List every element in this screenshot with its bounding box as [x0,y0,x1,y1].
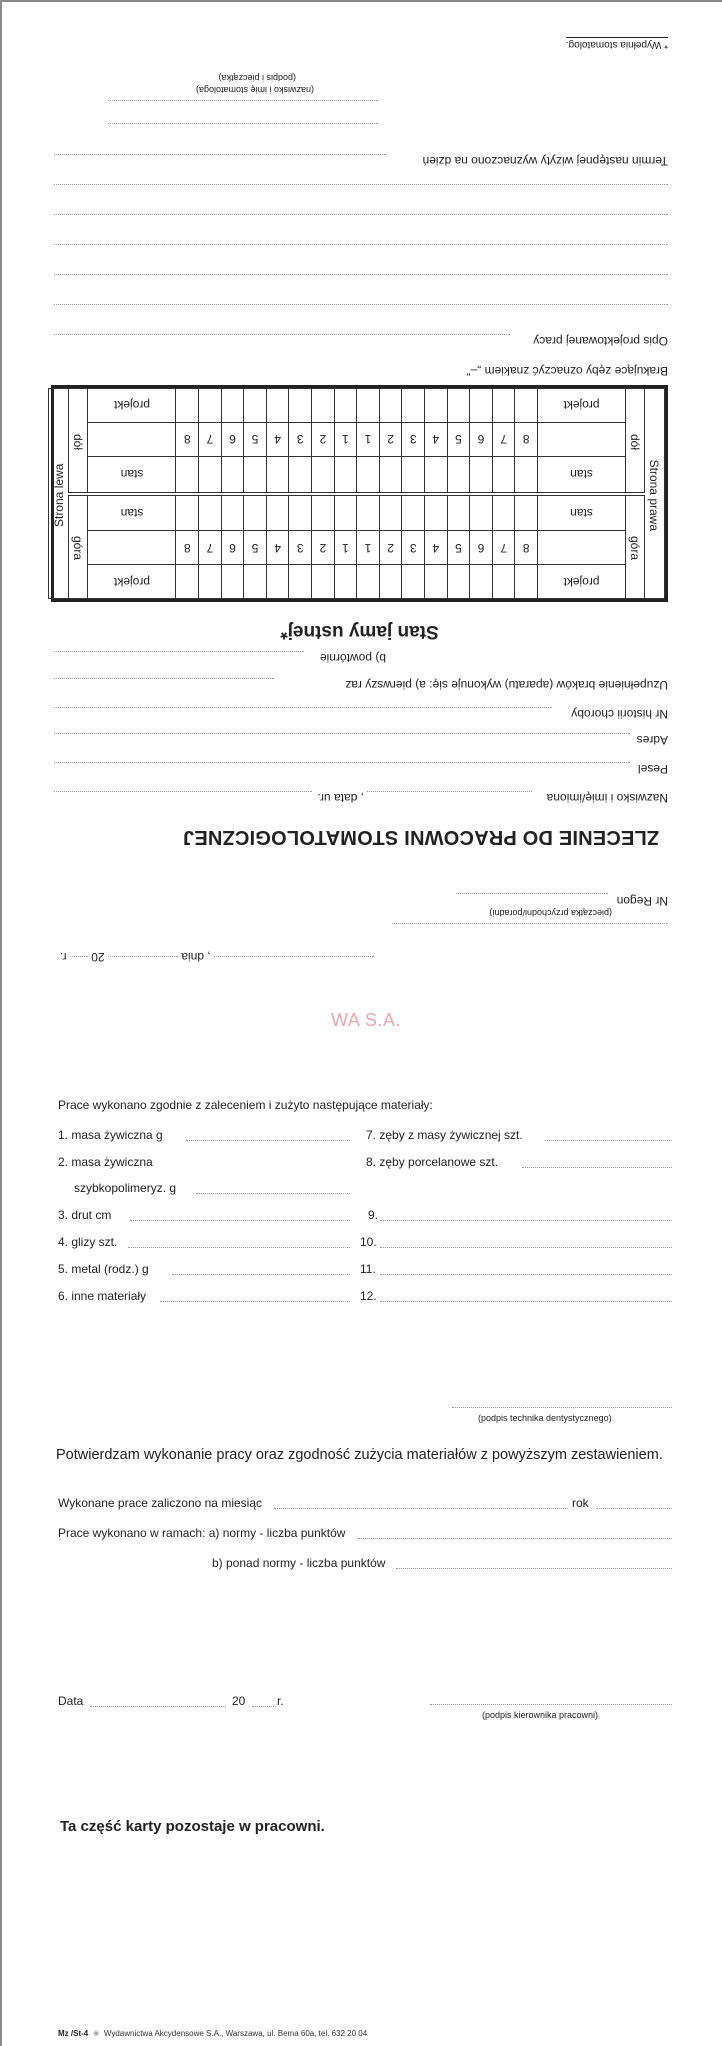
tooth-number: 3 [402,422,425,456]
tooth-number: 1 [357,422,380,456]
tooth-number: 2 [312,422,335,456]
tooth-project-cell[interactable] [176,389,199,423]
tooth-project-cell[interactable] [470,389,493,423]
material-left-field[interactable] [160,1301,350,1302]
oral-state-title: Stan jamy ustnej* [51,620,668,642]
material-right-label: 10. [360,1235,377,1249]
tooth-project-cell[interactable] [492,389,515,423]
tooth-number: 2 [379,531,402,565]
tooth-project-cell[interactable] [289,565,312,599]
project-description-line-2[interactable] [54,304,668,305]
repeat-label: b) powtórnie [320,651,386,665]
tooth-project-cell[interactable] [312,389,335,423]
tooth-state-cell[interactable] [447,456,470,493]
tooth-state-cell[interactable] [176,494,199,531]
tooth-project-cell[interactable] [379,389,402,423]
tooth-state-cell[interactable] [221,494,244,531]
row-label: projekt [538,565,626,599]
material-right-field[interactable] [380,1220,672,1221]
tooth-number: 1 [334,422,357,456]
tooth-project-cell[interactable] [402,565,425,599]
tooth-project-cell[interactable] [289,389,312,423]
row-label [538,531,626,565]
row-label: projekt [88,565,176,599]
over-norm-points-label: b) ponad normy - liczba punktów [212,1556,385,1570]
tooth-number: 8 [515,531,538,565]
date-year-suffix-bottom: r. [277,1694,284,1708]
tooth-state-cell[interactable] [470,456,493,493]
tooth-state-cell[interactable] [515,494,538,531]
upper-jaw-label-right: góra [626,494,645,599]
row-label: projekt [88,389,176,423]
tooth-number: 1 [357,531,380,565]
tooth-number: 8 [176,422,199,456]
material-left-field[interactable] [186,1140,350,1141]
tooth-state-cell[interactable] [492,494,515,531]
material-right-field[interactable] [380,1247,672,1248]
tooth-project-cell[interactable] [199,565,222,599]
technician-signature-line[interactable] [452,1407,672,1408]
tooth-number: 4 [425,531,448,565]
teeth-row-lower-project: projektprojekt [49,389,665,423]
tooth-project-cell[interactable] [221,565,244,599]
tooth-state-cell[interactable] [402,494,425,531]
dentist-name-caption: (nazwisko i imię stomatologa) [196,85,314,95]
row-label: stan [538,494,626,531]
next-visit-label: Termin następnej wizyty wyznaczono na dz… [423,154,668,168]
tooth-state-cell[interactable] [357,456,380,493]
teeth-row-upper-project: Strona prawagóraprojektprojektgóraStrona… [49,565,665,599]
dentist-name-line-1[interactable] [108,123,378,124]
project-description-line-5[interactable] [54,214,668,215]
date-day-label: , dnia [181,950,210,964]
upper-jaw-label-left: góra [69,494,88,599]
material-right-label: 7. zęby z masy żywicznej szt. [366,1128,523,1142]
material-left-field[interactable] [128,1247,350,1248]
pesel-field[interactable] [54,762,630,763]
material-left-field[interactable] [172,1274,350,1275]
history-label: Nr historii choroby [571,707,668,721]
tooth-state-cell[interactable] [379,494,402,531]
supplement-first-field[interactable] [54,678,274,679]
year-field[interactable] [596,1508,672,1509]
over-norm-points-field[interactable] [396,1568,672,1569]
regon-field[interactable] [456,893,608,894]
tooth-number: 7 [199,422,222,456]
clinic-stamp-caption: (pieczątka przychodni/poradni) [489,908,612,918]
tooth-state-cell[interactable] [334,494,357,531]
materials-intro: Prace wykonano zgodnie z zaleceniem i zu… [58,1098,433,1112]
tooth-state-cell[interactable] [492,456,515,493]
tooth-state-cell[interactable] [357,494,380,531]
project-description-line-6[interactable] [54,184,668,185]
tooth-project-cell[interactable] [492,565,515,599]
tooth-project-cell[interactable] [447,565,470,599]
tooth-state-cell[interactable] [515,456,538,493]
tooth-state-cell[interactable] [266,456,289,493]
material-right-field[interactable] [545,1140,672,1141]
confirmation-text: Potwierdzam wykonanie pracy oraz zgodnoś… [56,1447,663,1463]
month-field[interactable] [274,1508,568,1509]
material-right-field[interactable] [380,1274,672,1275]
project-description-line-4[interactable] [54,244,668,245]
project-description-line-3[interactable] [54,274,668,275]
tooth-state-cell[interactable] [289,456,312,493]
project-description-line-1[interactable] [54,334,510,335]
tooth-project-cell[interactable] [312,565,335,599]
tooth-number: 6 [221,531,244,565]
rotated-order-section: , dnia 20 r. (pieczątka przychodni/porad… [0,0,722,960]
material-left-field[interactable] [196,1193,350,1194]
tooth-number: 1 [334,531,357,565]
norm-points-field[interactable] [358,1538,672,1539]
row-label [538,422,626,456]
lower-jaw-label-left: dół [69,389,88,494]
tooth-state-cell[interactable] [244,456,267,493]
tooth-number: 4 [266,531,289,565]
lower-jaw-label-right: dół [626,389,645,494]
birth-date-field[interactable] [54,791,312,792]
date-year-prefix: 20 [91,950,104,964]
date-field[interactable] [90,1706,226,1707]
material-left-label: 2. masa żywiczna [58,1155,153,1169]
project-description-label: Opis projektowanej pracy [533,334,668,348]
day-field[interactable] [108,956,178,957]
material-left-field[interactable] [130,1220,350,1221]
tooth-number: 5 [244,422,267,456]
tooth-number: 5 [244,531,267,565]
tooth-state-cell[interactable] [221,456,244,493]
pesel-label: Pesel [638,762,668,776]
tooth-number: 2 [312,531,335,565]
tooth-project-cell[interactable] [334,565,357,599]
dentist-signature-caption: (podpis i pieczątka) [218,73,296,83]
publisher-info: Wydawnictwa Akcydensowe S.A., Warszawa, … [104,2029,367,2038]
dentist-fills-note: * Wypełnia stomatolog. [566,37,668,50]
row-label: stan [88,494,176,531]
material-left-label: 5. metal (rodz.) g [58,1262,149,1276]
supplement-label: Uzupełnienie braków (aparatu) wykonuje s… [345,678,668,692]
tooth-number: 5 [447,531,470,565]
tooth-project-cell[interactable] [425,565,448,599]
tooth-number: 6 [221,422,244,456]
next-visit-field[interactable] [54,154,386,155]
tooth-number: 5 [447,422,470,456]
regon-label: Nr Regon [617,894,668,908]
material-right-field[interactable] [380,1301,672,1302]
tooth-project-cell[interactable] [266,565,289,599]
row-label: stan [538,456,626,493]
material-left-label: 3. drut cm [58,1208,111,1222]
tooth-state-cell[interactable] [176,456,199,493]
teeth-row-upper-state: stanstan [49,494,665,531]
material-right-label: 11. [360,1262,376,1276]
row-label: projekt [538,389,626,423]
tooth-state-cell[interactable] [244,494,267,531]
tooth-project-cell[interactable] [357,565,380,599]
date-label: Data [58,1694,83,1708]
tooth-state-cell[interactable] [425,456,448,493]
tooth-state-cell[interactable] [402,456,425,493]
tooth-state-cell[interactable] [199,456,222,493]
missing-teeth-note: Brakujące zęby oznaczyć znakiem „–” [467,364,668,378]
form-title: ZLECENIE DO PRACOWNI STOMATOLOGICZNEJ [176,825,666,848]
date-year-prefix-bottom: 20 [232,1694,245,1708]
footer: Mz /St-4 ❀ Wydawnictwa Akcydensowe S.A.,… [58,2023,367,2041]
norm-points-label: Prace wykonano w ramach: a) normy - licz… [58,1526,345,1540]
place-field[interactable] [214,956,374,957]
technician-signature-caption: (podpis technika dentystycznego) [478,1413,612,1423]
address-field[interactable] [54,733,630,734]
name-label: Nazwisko i imię/imiona [547,791,668,805]
clinic-stamp-line[interactable] [392,923,668,924]
row-label [88,422,176,456]
material-right-field[interactable] [522,1167,672,1168]
tooth-number: 3 [289,422,312,456]
tooth-project-cell[interactable] [447,389,470,423]
history-field[interactable] [54,707,552,708]
dentist-name-line-2[interactable] [108,100,378,101]
material-left-label: 1. masa żywiczna g [58,1128,163,1142]
tooth-project-cell[interactable] [470,565,493,599]
name-field[interactable] [367,791,532,792]
tooth-project-cell[interactable] [244,565,267,599]
year-label: rok [572,1496,589,1510]
teeth-row-lower-state: dółstanstandół [49,456,665,493]
tooth-project-cell[interactable] [379,565,402,599]
tooth-number: 3 [289,531,312,565]
tooth-state-cell[interactable] [470,494,493,531]
tooth-project-cell[interactable] [176,565,199,599]
tooth-project-cell[interactable] [515,389,538,423]
tooth-number: 6 [470,531,493,565]
date-year-field[interactable] [252,1706,276,1707]
tooth-project-cell[interactable] [199,389,222,423]
material-left-label: 6. inne materiały [58,1289,146,1303]
material-left-label: szybkopolimeryz. g [74,1181,176,1195]
tooth-number: 3 [402,531,425,565]
tooth-project-cell[interactable] [515,565,538,599]
tooth-state-cell[interactable] [334,456,357,493]
tooth-state-cell[interactable] [312,456,335,493]
tooth-state-cell[interactable] [289,494,312,531]
material-right-label: 9. [368,1208,378,1222]
tooth-number: 2 [379,422,402,456]
tooth-state-cell[interactable] [425,494,448,531]
manager-signature-caption: (podpis kierownika pracowni) [482,1710,598,1720]
watermark: WA S.A. [331,1010,401,1031]
teeth-chart: Strona prawagóraprojektprojektgóraStrona… [51,385,668,602]
tooth-state-cell[interactable] [199,494,222,531]
tooth-number: 7 [492,422,515,456]
side-left-label: Strona lewa [49,389,69,599]
tooth-number: 8 [176,531,199,565]
form-code: Mz /St-4 [58,2029,88,2038]
publisher-logo-icon: ❀ [93,2029,100,2038]
material-right-label: 12. [360,1289,377,1303]
month-label: Wykonane prace zaliczono na miesiąc [58,1496,262,1510]
side-right-label: Strona prawa [645,389,665,599]
teeth-row-upper-numbers: 8765432112345678 [49,531,665,565]
tooth-project-cell[interactable] [244,389,267,423]
address-label: Adres [637,733,668,747]
date-year-suffix: r. [60,950,67,964]
tooth-number: 4 [266,422,289,456]
tooth-state-cell[interactable] [266,494,289,531]
supplement-repeat-field[interactable] [54,651,304,652]
tooth-project-cell[interactable] [334,389,357,423]
tooth-state-cell[interactable] [379,456,402,493]
tooth-project-cell[interactable] [425,389,448,423]
material-right-label: 8. zęby porcelanowe szt. [366,1155,498,1169]
year-field[interactable] [70,956,88,957]
tooth-project-cell[interactable] [266,389,289,423]
manager-signature-line[interactable] [430,1704,672,1705]
stays-in-lab-note: Ta część karty pozostaje w pracowni. [60,1818,325,1835]
tooth-project-cell[interactable] [221,389,244,423]
material-left-label: 4. glizy szt. [58,1235,117,1249]
regon-row: Nr Regon [617,894,668,908]
tooth-state-cell[interactable] [447,494,470,531]
tooth-number: 6 [470,422,493,456]
birth-date-label: , data ur. [317,791,364,805]
tooth-project-cell[interactable] [357,389,380,423]
tooth-number: 7 [199,531,222,565]
tooth-number: 4 [425,422,448,456]
tooth-state-cell[interactable] [312,494,335,531]
tooth-number: 7 [492,531,515,565]
date-day-row: , dnia 20 r. [60,950,374,964]
teeth-row-lower-numbers: 8765432112345678 [49,422,665,456]
row-label: stan [88,456,176,493]
row-label [88,531,176,565]
tooth-number: 8 [515,422,538,456]
tooth-project-cell[interactable] [402,389,425,423]
